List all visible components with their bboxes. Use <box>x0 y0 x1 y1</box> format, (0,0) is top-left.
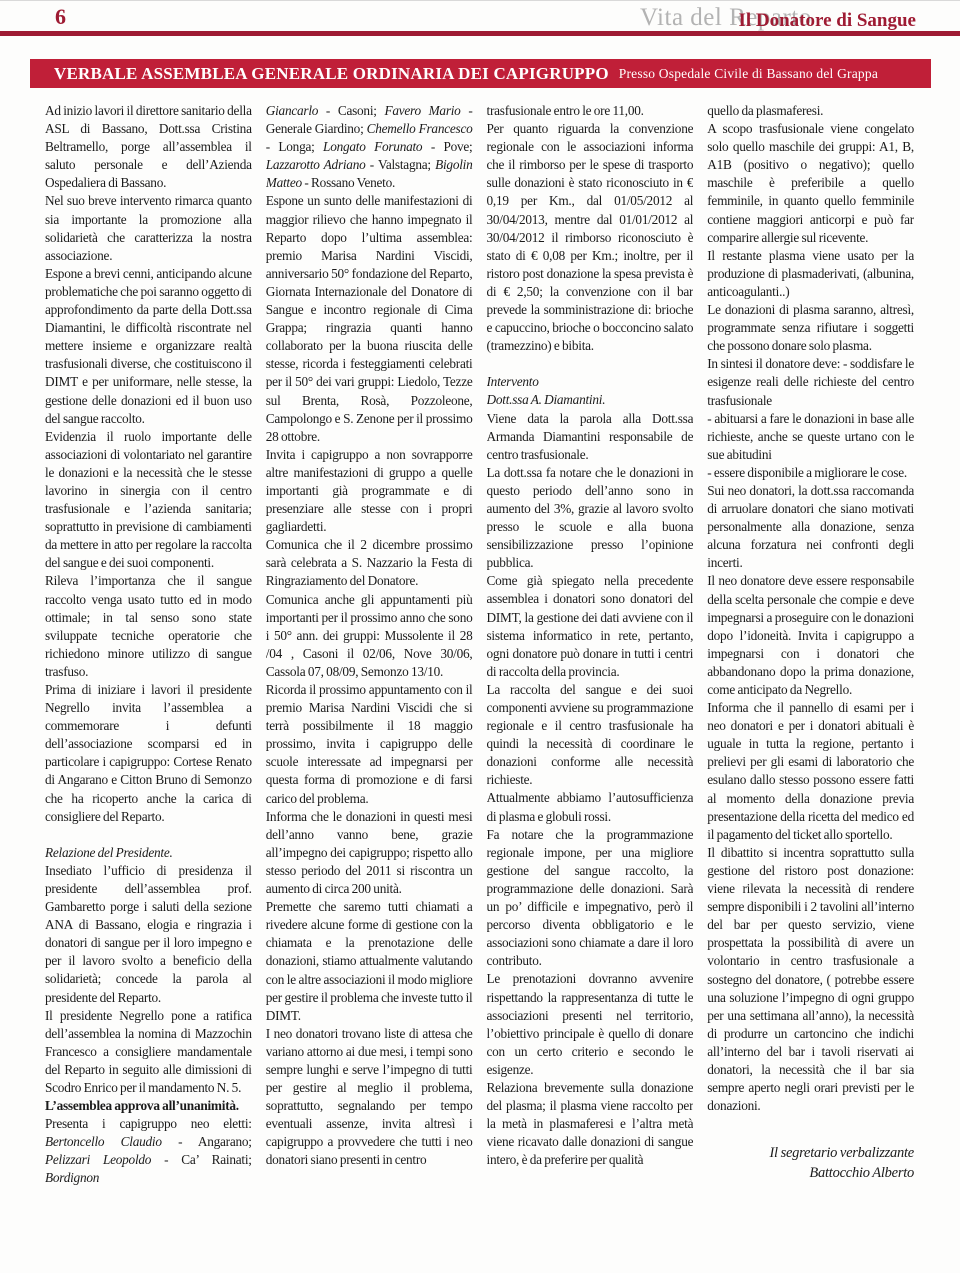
paragraph: In sintesi il donatore deve: - soddisfar… <box>707 355 914 409</box>
text-segment: A scopo trasfusionale viene congelato so… <box>707 121 914 245</box>
text-segment: Invita i capigruppo a non sovrapporre al… <box>266 447 473 534</box>
paragraph: Sui neo donatori, la dott.ssa raccomanda… <box>707 482 914 572</box>
text-segment: Battocchio Alberto <box>809 1165 914 1181</box>
paragraph: Giancarlo - Casoni; Favero Mario - Gener… <box>266 102 473 192</box>
text-segment: Ad inizio lavori il direttore sanitario … <box>45 103 252 190</box>
page-header: 6 Vita del Reparto Il Donatore di Sangue <box>0 1 960 31</box>
text-segment: - Ca’ Rainati; <box>151 1152 252 1167</box>
text-segment: Bordignon <box>45 1170 99 1185</box>
text-segment: - Angarano; <box>162 1134 252 1149</box>
text-segment: Chemello Francesco <box>367 121 473 136</box>
paragraph: Espone a brevi cenni, anticipando alcune… <box>45 265 252 428</box>
text-segment: Rileva l’importanza che il sangue raccol… <box>45 573 252 678</box>
article-title-banner: VERBALE ASSEMBLEA GENERALE ORDINARIA DEI… <box>30 59 931 88</box>
text-segment: - Longa; <box>266 139 323 154</box>
paragraph: Comunica anche gli appuntamenti più impo… <box>266 591 473 681</box>
text-segment: Bertoncello Claudio <box>45 1134 162 1149</box>
text-segment: Lazzarotto Adriano <box>266 157 366 172</box>
text-segment: Evidenzia il ruolo importante delle asso… <box>45 429 252 571</box>
text-segment: Insediato l’ufficio di presidenza il pre… <box>45 863 252 1005</box>
paragraph: Battocchio Alberto <box>707 1163 914 1183</box>
text-segment: - Casoni; <box>318 103 384 118</box>
paragraph: I neo donatori trovano liste di attesa c… <box>266 1025 473 1170</box>
text-segment: Informa che le donazioni in questi mesi … <box>266 809 473 896</box>
paragraph: Il neo donatore deve essere responsabile… <box>707 572 914 699</box>
text-segment: Il restante plasma viene usato per la pr… <box>707 248 914 299</box>
paragraph: Prima di iniziare i lavori il presidente… <box>45 681 252 826</box>
article-title: VERBALE ASSEMBLEA GENERALE ORDINARIA DEI… <box>54 64 609 84</box>
paragraph: Comunica che il 2 dicembre prossimo sarà… <box>266 536 473 590</box>
text-segment: La dott.ssa fa notare che le donazioni i… <box>487 465 694 570</box>
text-column-1: Ad inizio lavori il direttore sanitario … <box>45 102 252 1273</box>
page-number: 6 <box>55 4 66 30</box>
text-segment: Come già spiegato nella precedente assem… <box>487 573 694 678</box>
text-segment: quello da plasmaferesi. <box>707 103 823 118</box>
paragraph: Intervento <box>487 373 694 391</box>
text-segment: Dott.ssa A. Diamantini. <box>487 392 606 407</box>
text-segment: Espone un sunto delle manifestazioni di … <box>266 193 473 443</box>
text-segment: Presenta i capigruppo neo eletti: <box>45 1116 252 1131</box>
paragraph: Il segretario verbalizzante <box>707 1143 914 1163</box>
paragraph: La dott.ssa fa notare che le donazioni i… <box>487 464 694 573</box>
text-segment: - Valstagna; <box>366 157 436 172</box>
text-segment: Il segretario verbalizzante <box>769 1145 914 1161</box>
text-segment: Il presidente Negrello pone a ratifica d… <box>45 1008 252 1095</box>
paragraph: Invita i capigruppo a non sovrapporre al… <box>266 446 473 536</box>
text-segment: Il dibattito si incentra soprattutto sul… <box>707 845 914 1113</box>
text-segment: Fa notare che la programmazione regional… <box>487 827 694 969</box>
text-segment: Viene data la parola alla Dott.ssa Arman… <box>487 411 694 462</box>
paragraph: Ad inizio lavori il direttore sanitario … <box>45 102 252 192</box>
paragraph: Rileva l’importanza che il sangue raccol… <box>45 572 252 681</box>
paragraph: Espone un sunto delle manifestazioni di … <box>266 192 473 445</box>
paragraph: Le donazioni di plasma saranno, altresì,… <box>707 301 914 355</box>
text-segment: Relazione del Presidente. <box>45 845 173 860</box>
paragraph: trasfusionale entro le ore 11,00. <box>487 102 694 120</box>
text-segment: Longato Forunato <box>323 139 422 154</box>
text-segment: Comunica anche gli appuntamenti più impo… <box>266 592 473 679</box>
paragraph: Attualmente abbiamo l’autosufficienza di… <box>487 789 694 825</box>
text-segment: Premette che saremo tutti chiamati a riv… <box>266 899 473 1023</box>
text-segment: I neo donatori trovano liste di attesa c… <box>266 1026 473 1168</box>
paragraph: A scopo trasfusionale viene congelato so… <box>707 120 914 247</box>
paragraph: Informa che le donazioni in questi mesi … <box>266 808 473 898</box>
text-segment: Espone a brevi cenni, anticipando alcune… <box>45 266 252 426</box>
text-segment: Relaziona brevemente sulla donazione del… <box>487 1080 694 1167</box>
text-segment: Favero Mario <box>384 103 460 118</box>
paragraph: Viene data la parola alla Dott.ssa Arman… <box>487 410 694 464</box>
text-segment: Le prenotazioni dovranno avvenire rispet… <box>487 971 694 1076</box>
paragraph: Fa notare che la programmazione regional… <box>487 826 694 971</box>
text-segment: Nel suo breve intervento rimarca quanto … <box>45 193 252 262</box>
text-segment: trasfusionale entro le ore 11,00. <box>487 103 644 118</box>
paragraph: Premette che saremo tutti chiamati a riv… <box>266 898 473 1025</box>
page: 6 Vita del Reparto Il Donatore di Sangue… <box>0 0 960 1273</box>
text-column-3: trasfusionale entro le ore 11,00.Per qua… <box>487 102 694 1273</box>
paragraph: Informa che il pannello di esami per i n… <box>707 699 914 844</box>
article-body: Ad inizio lavori il direttore sanitario … <box>0 102 960 1273</box>
paragraph: Relaziona brevemente sulla donazione del… <box>487 1079 694 1169</box>
paragraph: Il dibattito si incentra soprattutto sul… <box>707 844 914 1115</box>
text-segment: Pelizzari Leopoldo <box>45 1152 151 1167</box>
text-segment: Prima di iniziare i lavori il presidente… <box>45 682 252 824</box>
paragraph: Dott.ssa A. Diamantini. <box>487 391 694 409</box>
text-segment: Informa che il pannello di esami per i n… <box>707 700 914 842</box>
paragraph: Nel suo breve intervento rimarca quanto … <box>45 192 252 264</box>
paragraph: La raccolta del sangue e dei suoi compon… <box>487 681 694 790</box>
text-column-2: Giancarlo - Casoni; Favero Mario - Gener… <box>266 102 473 1273</box>
publication-title: Il Donatore di Sangue <box>738 10 916 32</box>
text-segment: Le donazioni di plasma saranno, altresì,… <box>707 302 914 353</box>
paragraph: quello da plasmaferesi. <box>707 102 914 120</box>
text-segment: La raccolta del sangue e dei suoi compon… <box>487 682 694 787</box>
paragraph: Insediato l’ufficio di presidenza il pre… <box>45 862 252 1007</box>
paragraph: Il presidente Negrello pone a ratifica d… <box>45 1007 252 1097</box>
article-subtitle: Presso Ospedale Civile di Bassano del Gr… <box>619 66 878 82</box>
paragraph: Per quanto riguarda la convenzione regio… <box>487 120 694 355</box>
text-segment: Il neo donatore deve essere responsabile… <box>707 573 914 697</box>
paragraph: Presenta i capigruppo neo eletti: Berton… <box>45 1115 252 1187</box>
text-segment: Sui neo donatori, la dott.ssa raccomanda… <box>707 483 914 570</box>
text-segment: Intervento <box>487 374 539 389</box>
text-column-4: quello da plasmaferesi.A scopo trasfusio… <box>707 102 914 1273</box>
text-segment: - abituarsi a fare le donazioni in base … <box>707 411 914 462</box>
text-segment: Ricorda il prossimo appuntamento con il … <box>266 682 473 806</box>
text-segment: - Pove; <box>422 139 472 154</box>
paragraph: Ricorda il prossimo appuntamento con il … <box>266 681 473 808</box>
text-segment: Attualmente abbiamo l’autosufficienza di… <box>487 790 694 823</box>
text-segment: Giancarlo <box>266 103 318 118</box>
text-segment: Comunica che il 2 dicembre prossimo sarà… <box>266 537 473 588</box>
paragraph: L’assemblea approva all’unanimità. <box>45 1097 252 1115</box>
text-segment: - essere disponibile a migliorare le cos… <box>707 465 907 480</box>
text-segment: - Rossano Veneto. <box>302 175 395 190</box>
paragraph: Come già spiegato nella precedente assem… <box>487 572 694 681</box>
text-segment: In sintesi il donatore deve: - soddisfar… <box>707 356 914 407</box>
text-segment: Per quanto riguarda la convenzione regio… <box>487 121 694 353</box>
text-segment: L’assemblea approva all’unanimità. <box>45 1098 239 1113</box>
paragraph: Le prenotazioni dovranno avvenire rispet… <box>487 970 694 1079</box>
paragraph: - abituarsi a fare le donazioni in base … <box>707 410 914 464</box>
paragraph: - essere disponibile a migliorare le cos… <box>707 464 914 482</box>
paragraph: Il restante plasma viene usato per la pr… <box>707 247 914 301</box>
paragraph: Evidenzia il ruolo importante delle asso… <box>45 428 252 573</box>
paragraph: Relazione del Presidente. <box>45 844 252 862</box>
